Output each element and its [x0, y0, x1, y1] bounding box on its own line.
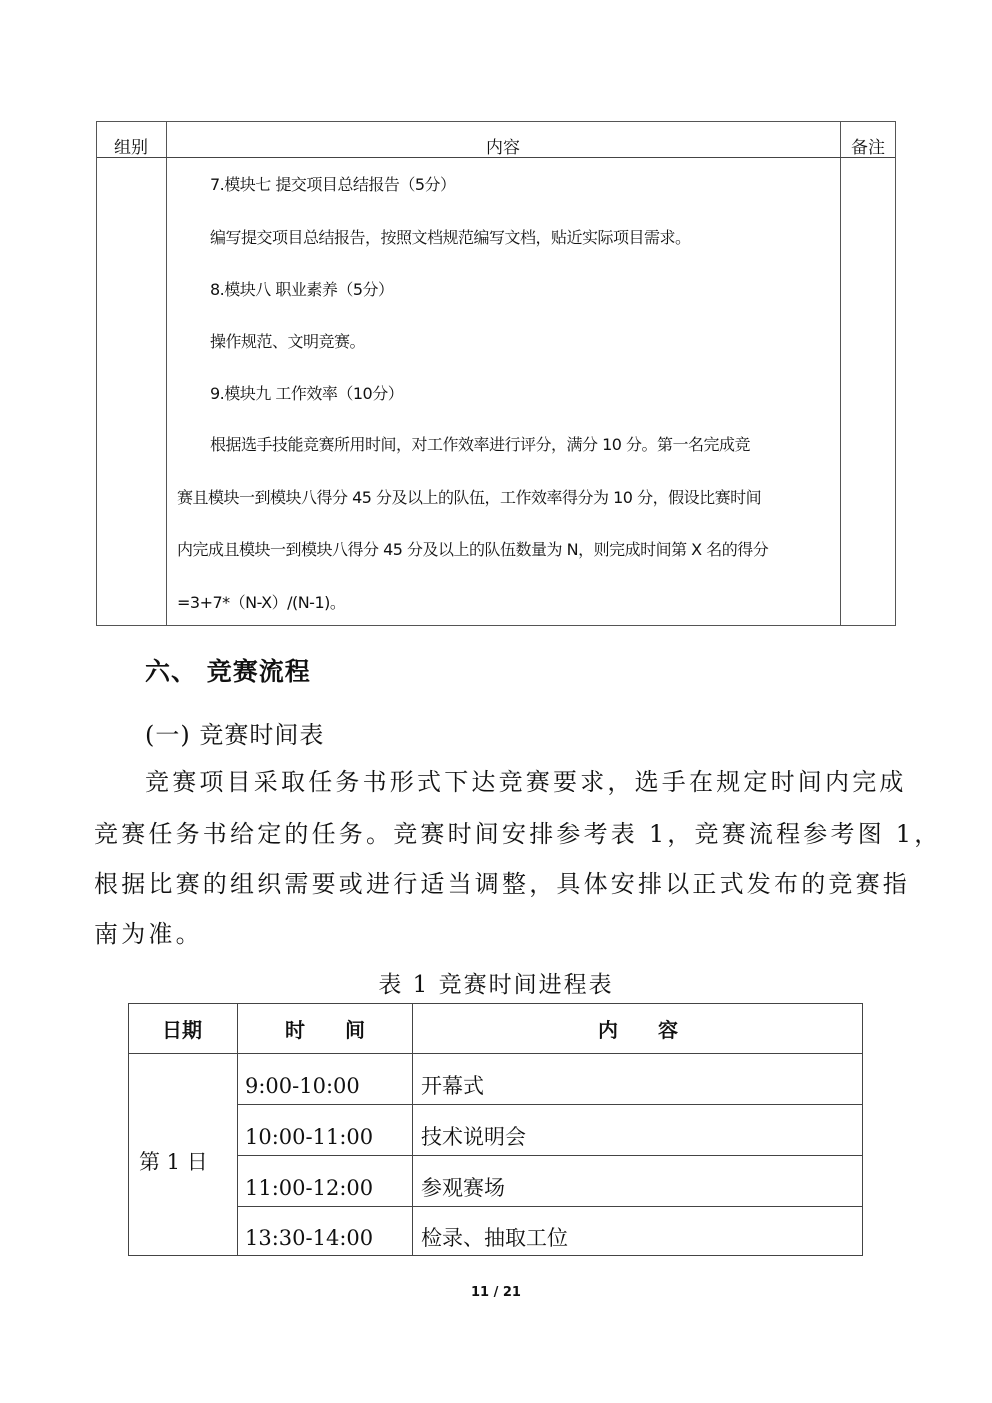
- header-date: 日期: [162, 1018, 202, 1042]
- module-9-desc-line-3: 内完成且模块一到模块八得分 45 分及以上的队伍数量为 N，则完成时间第 X 名…: [177, 540, 768, 560]
- header-remarks: 备注: [851, 138, 885, 158]
- column-divider: [412, 1004, 413, 1255]
- paragraph-line-4: 南为准。: [94, 908, 904, 960]
- module-9-formula: =3+7*（N-X）/(N-1)。: [177, 593, 345, 613]
- module-7-title: 7.模块七 提交项目总结报告（5分）: [210, 175, 456, 195]
- header-group: 组别: [114, 138, 148, 158]
- header-content: 内 容: [598, 1018, 678, 1042]
- module-9-desc-line-1: 根据选手技能竞赛所用时间，对工作效率进行评分，满分 10 分。第一名完成竞: [210, 435, 750, 455]
- module-8-desc: 操作规范、文明竞赛。: [210, 332, 365, 352]
- column-divider: [166, 122, 167, 625]
- module-9-title: 9.模块九 工作效率（10分）: [210, 384, 403, 404]
- paragraph-line-3: 根据比赛的组织需要或进行适当调整，具体安排以正式发布的竞赛指: [94, 858, 904, 910]
- column-divider: [237, 1004, 238, 1255]
- header-time: 时 间: [285, 1018, 365, 1042]
- module-8-title: 8.模块八 职业素养（5分）: [210, 280, 394, 300]
- column-divider: [840, 122, 841, 625]
- paragraph-line-1: 竞赛项目采取任务书形式下达竞赛要求，选手在规定时间内完成: [145, 756, 955, 808]
- paragraph-line-2: 竞赛任务书给定的任务。竞赛时间安排参考表 1，竞赛流程参考图 1，: [94, 808, 904, 860]
- row-time: 11:00-12:00: [245, 1176, 373, 1200]
- row-content: 开幕式: [421, 1074, 484, 1098]
- row-divider: [237, 1104, 862, 1105]
- page-number: 11 / 21: [0, 1285, 992, 1300]
- row-content: 检录、抽取工位: [421, 1226, 568, 1250]
- day-label: 第 1 日: [139, 1150, 208, 1174]
- table-caption: 表 1 竞赛时间进程表: [0, 966, 992, 999]
- row-time: 10:00-11:00: [245, 1125, 373, 1149]
- row-divider: [237, 1206, 862, 1207]
- module-7-desc: 编写提交项目总结报告，按照文档规范编写文档，贴近实际项目需求。: [210, 228, 691, 248]
- module-9-desc-line-2: 赛且模块一到模块八得分 45 分及以上的队伍，工作效率得分为 10 分，假设比赛…: [177, 488, 761, 508]
- header-content: 内容: [486, 138, 520, 158]
- row-time: 9:00-10:00: [245, 1074, 360, 1098]
- row-content: 参观赛场: [421, 1176, 505, 1200]
- header-divider: [129, 1053, 862, 1054]
- row-content: 技术说明会: [421, 1125, 526, 1149]
- row-divider: [237, 1155, 862, 1156]
- row-time: 13:30-14:00: [245, 1226, 373, 1250]
- section-heading: 六、 竞赛流程: [145, 652, 311, 688]
- schedule-table: 日期 时 间 内 容 第 1 日 9:00-10:00 开幕式 10:00-11…: [128, 1003, 863, 1256]
- subsection-heading: (一) 竞赛时间表: [145, 715, 324, 750]
- rubric-table: 组别 内容 备注 7.模块七 提交项目总结报告（5分） 编写提交项目总结报告，按…: [96, 121, 896, 626]
